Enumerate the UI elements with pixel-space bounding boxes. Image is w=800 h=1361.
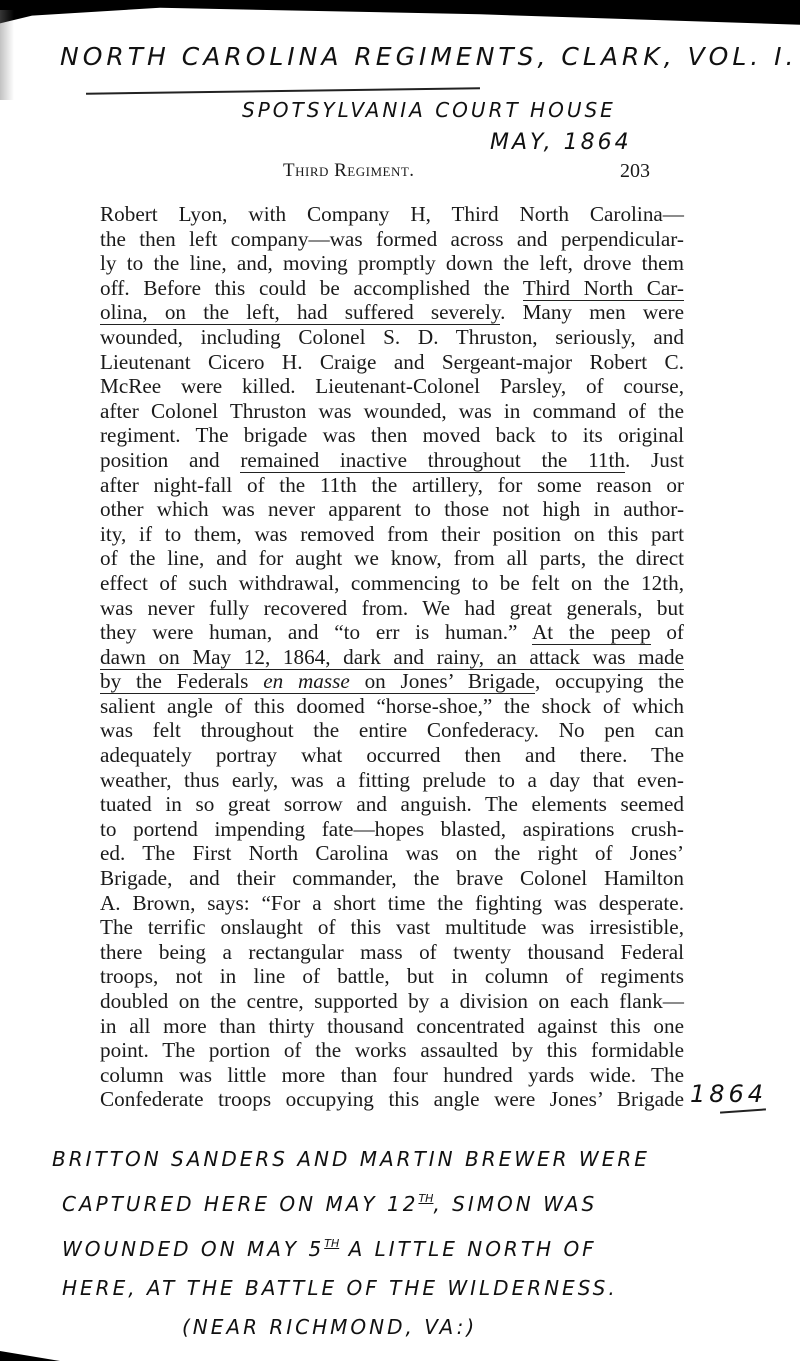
note-line: (NEAR RICHMOND, VA:) <box>52 1308 650 1347</box>
text-line: other which was never apparent to those … <box>100 497 684 522</box>
text-line: A. Brown, says: “For a short time the fi… <box>100 891 684 916</box>
handwritten-margin-year: 1864 <box>690 1080 767 1108</box>
text-line: was never fully recovered from. We had g… <box>100 596 684 621</box>
handwritten-margin-underline <box>720 1108 766 1113</box>
scan-dark-border-bottom <box>0 1351 60 1361</box>
text-line: The terrific onslaught of this vast mult… <box>100 915 684 940</box>
handwritten-underline-text: by the Federals <box>100 669 263 694</box>
handwritten-underline-text: dawn on May 12, 1864, dark and rainy, an… <box>100 645 684 670</box>
handwritten-underline-text: on Jones’ Brigade <box>350 669 535 694</box>
text-line: tuated in so great sorrow and anguish. T… <box>100 792 684 817</box>
handwritten-date: MAY, 1864 <box>490 130 632 155</box>
text-line: weather, thus early, was a fitting prelu… <box>100 768 684 793</box>
page-number: 203 <box>620 160 650 183</box>
note-line: HERE, AT THE BATTLE OF THE WILDERNESS. <box>52 1269 650 1308</box>
handwritten-underline-text: olina, on the left, had suffered severel… <box>100 300 500 325</box>
text-line: after Colonel Thruston was wounded, was … <box>100 399 684 424</box>
text-line: they were human, and “to err is human.” … <box>100 620 684 645</box>
scan-shadow-left <box>0 10 14 100</box>
handwritten-title-underline <box>86 87 480 95</box>
text-line: point. The portion of the works assaulte… <box>100 1038 684 1063</box>
handwritten-title: NORTH CAROLINA REGIMENTS, CLARK, VOL. I. <box>60 42 798 71</box>
text-line: was felt throughout the entire Confedera… <box>100 718 684 743</box>
handwritten-underline-text: Third North Car- <box>523 276 684 301</box>
text-line: ly to the line, and, moving promptly dow… <box>100 251 684 276</box>
handwritten-location: SPOTSYLVANIA COURT HOUSE <box>242 98 616 122</box>
text-line: ed. The First North Carolina was on the … <box>100 841 684 866</box>
text-line: McRee were killed. Lieutenant-Colonel Pa… <box>100 374 684 399</box>
note-line: BRITTON SANDERS AND MARTIN BREWER WERE <box>52 1140 650 1179</box>
handwritten-underline-text: remained inactive throughout the 11th <box>240 448 625 473</box>
text-line: column was little more than four hundred… <box>100 1063 684 1088</box>
text-line: doubled on the centre, supported by a di… <box>100 989 684 1014</box>
note-line: WOUNDED ON MAY 5TH A LITTLE NORTH OF <box>52 1224 650 1269</box>
text-line: off. Before this could be accomplished t… <box>100 276 684 301</box>
text-line: by the Federals en masse on Jones’ Briga… <box>100 669 684 694</box>
text-line: adequately portray what occurred then an… <box>100 743 684 768</box>
text-line: salient angle of this doomed “horse-shoe… <box>100 694 684 719</box>
text-line: to portend impending fate—hopes blasted,… <box>100 817 684 842</box>
text-line: wounded, including Colonel S. D. Thrusto… <box>100 325 684 350</box>
text-line: in all more than thirty thousand concent… <box>100 1014 684 1039</box>
text-line: olina, on the left, had suffered severel… <box>100 300 684 325</box>
text-line: after night-fall of the 11th the artille… <box>100 473 684 498</box>
text-line: ity, if to them, was removed from their … <box>100 522 684 547</box>
text-line: dawn on May 12, 1864, dark and rainy, an… <box>100 645 684 670</box>
text-line: the then left company—was formed across … <box>100 227 684 252</box>
text-line: Lieutenant Cicero H. Craige and Sergeant… <box>100 350 684 375</box>
text-line: Robert Lyon, with Company H, Third North… <box>100 202 684 227</box>
text-line: Confederate troops occupying this angle … <box>100 1087 684 1112</box>
text-line: effect of such withdrawal, commencing to… <box>100 571 684 596</box>
handwritten-note: BRITTON SANDERS AND MARTIN BREWER WERE C… <box>52 1140 650 1347</box>
scan-dark-border-top <box>0 0 800 26</box>
text-line: troops, not in line of battle, but in co… <box>100 964 684 989</box>
printed-body-text: Robert Lyon, with Company H, Third North… <box>100 202 684 1112</box>
text-line: position and remained inactive throughou… <box>100 448 684 473</box>
handwritten-underline-text: At the peep <box>532 620 651 645</box>
text-line: Brigade, and their commander, the brave … <box>100 866 684 891</box>
text-line: regiment. The brigade was then moved bac… <box>100 423 684 448</box>
text-line: there being a rectangular mass of twenty… <box>100 940 684 965</box>
italic-underline-text: en masse <box>263 669 350 694</box>
text-line: of the line, and for aught we know, from… <box>100 546 684 571</box>
note-line: CAPTURED HERE ON MAY 12TH, SIMON WAS <box>52 1179 650 1224</box>
running-head: Third Regiment. <box>283 160 415 182</box>
